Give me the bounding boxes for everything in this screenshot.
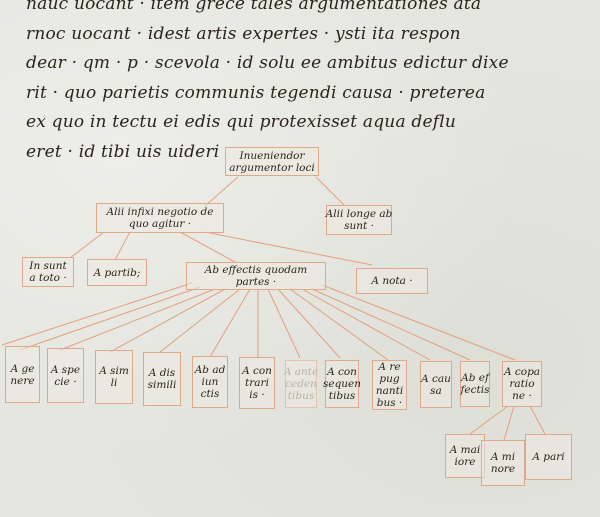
node-label: ratio xyxy=(509,378,534,390)
node-label: A con xyxy=(327,366,357,378)
node-label: tibus xyxy=(288,390,314,402)
diagram-node-consequentibus: A con sequen tibus xyxy=(325,360,359,408)
node-label: is · xyxy=(249,389,264,401)
diagram-node-root: Inueniendor argumentor loci xyxy=(225,147,319,176)
diagram-node-in-negotio: Alii infixi negotio de quo agitur · xyxy=(96,203,224,233)
node-label: Ab effectis quodam xyxy=(205,264,307,276)
manuscript-page: nauc uocant · item grece tales argumenta… xyxy=(0,0,600,517)
node-label: Alii infixi negotio de xyxy=(107,206,214,218)
node-label: Alii longe ab xyxy=(326,208,393,220)
node-label: A spe xyxy=(51,364,80,376)
node-label: cie · xyxy=(54,376,76,388)
node-label: Inueniendor xyxy=(239,150,304,162)
node-label: sequen xyxy=(323,378,361,390)
node-label: A partib; xyxy=(94,267,141,279)
node-label: A ge xyxy=(11,363,35,375)
diagram-node-contrariis: A con trari is · xyxy=(239,357,275,409)
diagram-node-toto: In sunt a toto · xyxy=(22,257,74,287)
node-label: fectis xyxy=(461,384,490,396)
node-label: a toto · xyxy=(29,272,66,284)
diagram-node-adiunctis: Ab ad iun ctis xyxy=(192,356,228,408)
node-label: sa xyxy=(430,385,442,397)
node-label: ceden xyxy=(285,378,317,390)
node-label: quo agitur · xyxy=(129,218,191,230)
diagram-node-longe: Alii longe ab sunt · xyxy=(326,205,392,235)
node-label: li xyxy=(111,377,118,389)
node-label: iore xyxy=(455,456,476,468)
diagram-node-nota: A nota · xyxy=(356,268,428,294)
diagram-node-erased: A ante ceden tibus xyxy=(285,360,317,408)
diagram-node-maiore: A mai iore xyxy=(445,434,485,478)
diagram-node-simili: A sim li xyxy=(95,350,133,404)
node-label: nere xyxy=(10,375,34,387)
diagram-node-specie: A spe cie · xyxy=(47,348,84,403)
node-label: nore xyxy=(491,463,515,475)
node-label: iun xyxy=(202,376,219,388)
node-label: ctis xyxy=(201,388,220,400)
diagram-node-minore: A mi nore xyxy=(481,440,525,486)
node-label: A mi xyxy=(491,451,515,463)
diagram-node-affectis: Ab effectis quodam partes · xyxy=(186,262,326,290)
node-label: nanti xyxy=(376,385,403,397)
node-label: A nota · xyxy=(371,275,412,287)
node-label: bus · xyxy=(377,397,403,409)
node-label: pug xyxy=(379,373,399,385)
node-label: trari xyxy=(245,377,269,389)
diagram-node-genere: A ge nere xyxy=(5,346,40,403)
diagram-node-effectis: Ab ef fectis xyxy=(460,361,490,407)
node-label: sunt · xyxy=(344,220,374,232)
node-label: A re xyxy=(378,361,400,373)
node-label: Ab ef xyxy=(461,372,489,384)
node-label: In sunt xyxy=(29,260,66,272)
node-label: A con xyxy=(242,365,272,377)
diagram-node-partibus: A partib; xyxy=(87,259,147,286)
node-label: Ab ad xyxy=(195,364,226,376)
node-label: A sim xyxy=(99,365,129,377)
node-label: simili xyxy=(148,379,177,391)
node-label: A pari xyxy=(532,451,564,463)
node-label: A cau xyxy=(421,373,451,385)
node-label: A mai xyxy=(450,444,481,456)
node-label: A ante xyxy=(284,366,318,378)
diagram-node-repugnantibus: A re pug nanti bus · xyxy=(372,360,407,410)
node-label: partes · xyxy=(236,276,277,288)
node-label: argumentor loci xyxy=(229,162,315,174)
node-label: tibus xyxy=(329,390,355,402)
node-label: A copa xyxy=(504,366,540,378)
diagram-node-comparatione: A copa ratio ne · xyxy=(502,361,542,407)
diagram-node-causa: A cau sa xyxy=(420,361,452,408)
node-label: ne · xyxy=(512,390,532,402)
node-label: A dis xyxy=(149,367,175,379)
diagram-node-pari: A pari xyxy=(525,434,572,480)
diagram-node-dissimili: A dis simili xyxy=(143,352,181,406)
